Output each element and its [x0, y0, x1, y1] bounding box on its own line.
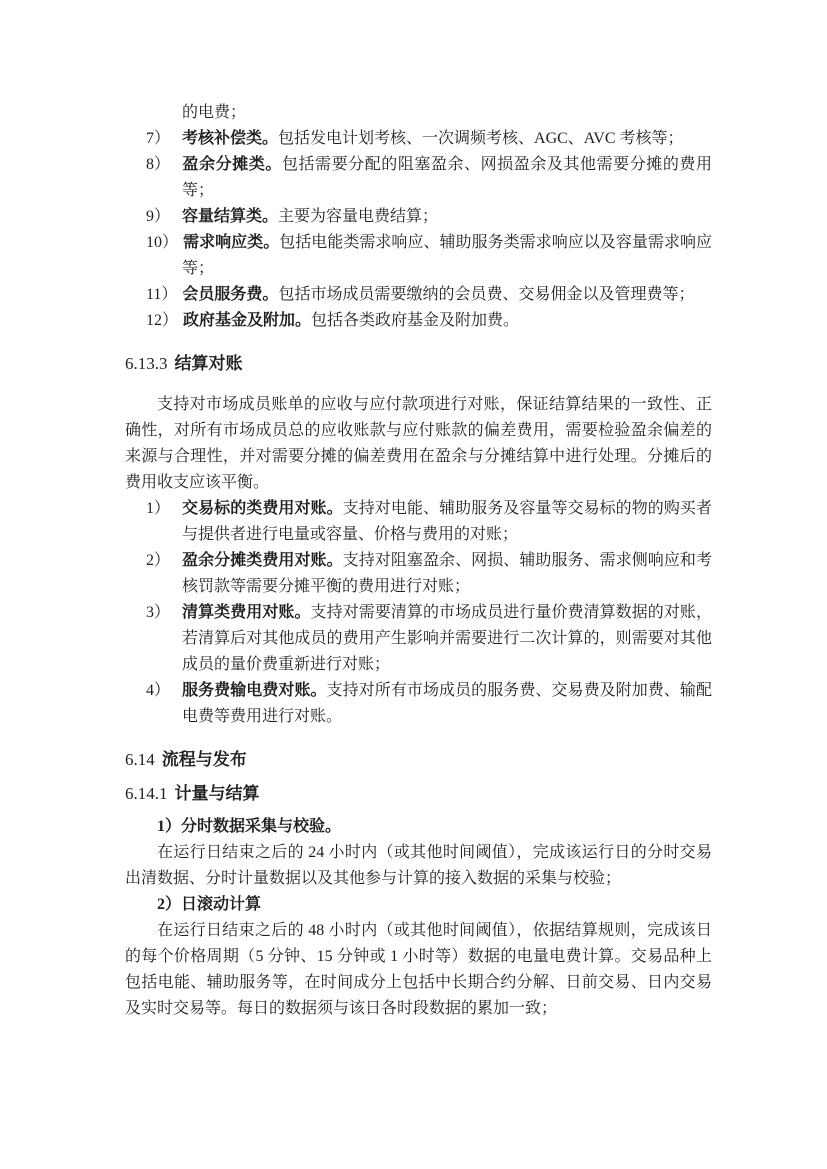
list-number: 3） [146, 600, 177, 626]
list-item-2: 2）盈余分摊类费用对账。支持对阻塞盈余、网损、辅助服务、需求侧响应和考核罚款等需… [125, 548, 712, 600]
list-term: 服务费输电费对账。 [182, 682, 327, 699]
list-term: 需求响应类。 [183, 234, 279, 251]
section-title: 计量与结算 [175, 784, 260, 803]
fragment-text: 的电费； [182, 104, 246, 121]
list-desc: 包括各类政府基金及附加费。 [311, 312, 519, 329]
section-heading-6-14: 6.14流程与发布 [125, 746, 712, 774]
section-heading-6-13-3: 6.13.3结算对账 [125, 350, 712, 378]
list-item-12: 12）政府基金及附加。包括各类政府基金及附加费。 [125, 308, 712, 334]
section-title: 流程与发布 [162, 750, 247, 769]
list-item-9: 9）容量结算类。主要为容量电费结算； [125, 204, 712, 230]
list-number: 11） [146, 282, 177, 308]
list-number: 1） [146, 496, 177, 522]
list-term: 交易标的类费用对账。 [182, 500, 343, 517]
list-item-1: 1）交易标的类费用对账。支持对电能、辅助服务及容量等交易标的物的购买者与提供者进… [125, 496, 712, 548]
step-1-body: 在运行日结束之后的 24 小时内（或其他时间阈值），完成该运行日的分时交易出清数… [125, 840, 712, 892]
section-title: 结算对账 [175, 354, 243, 373]
document-page: 的电费； 7）考核补偿类。包括发电计划考核、一次调频考核、AGC、AVC 考核等… [0, 0, 827, 1169]
list-term: 会员服务费。 [182, 286, 278, 303]
section-number: 6.13.3 [125, 354, 168, 373]
list-term: 容量结算类。 [182, 208, 278, 225]
step-1-title: 1）分时数据采集与校验。 [125, 814, 712, 840]
list-number: 8） [146, 152, 177, 178]
list-term: 考核补偿类。 [182, 130, 278, 147]
section-heading-6-14-1: 6.14.1计量与结算 [125, 780, 712, 808]
reconciliation-intro-paragraph: 支持对市场成员账单的应收与应付款项进行对账，保证结算结果的一致性、正确性，对所有… [125, 392, 712, 496]
list-number: 7） [146, 126, 177, 152]
list-term: 盈余分摊类。 [182, 156, 282, 173]
document-content: 的电费； 7）考核补偿类。包括发电计划考核、一次调频考核、AGC、AVC 考核等… [0, 0, 827, 1022]
list-term: 清算类费用对账。 [182, 604, 311, 621]
list-number: 12） [146, 308, 178, 334]
section-number: 6.14.1 [125, 784, 168, 803]
list-number: 2） [146, 548, 177, 574]
list-item-7: 7）考核补偿类。包括发电计划考核、一次调频考核、AGC、AVC 考核等； [125, 126, 712, 152]
list-desc: 主要为容量电费结算； [278, 208, 438, 225]
section-number: 6.14 [125, 750, 155, 769]
list-number: 4） [146, 678, 177, 704]
list-number: 10） [146, 230, 178, 256]
list-item-4: 4）服务费输电费对账。支持对所有市场成员的服务费、交易费及附加费、输配电费等费用… [125, 678, 712, 730]
list-item-11: 11）会员服务费。包括市场成员需要缴纳的会员费、交易佣金以及管理费等； [125, 282, 712, 308]
list-item-10: 10）需求响应类。包括电能类需求响应、辅助服务类需求响应以及容量需求响应等； [125, 230, 712, 282]
step-2-title: 2）日滚动计算 [125, 892, 712, 918]
list-number: 9） [146, 204, 177, 230]
step-2-body: 在运行日结束之后的 48 小时内（或其他时间阈值），依据结算规则，完成该日的每个… [125, 918, 712, 1022]
list-item-8: 8）盈余分摊类。包括需要分配的阻塞盈余、网损盈余及其他需要分摊的费用等； [125, 152, 712, 204]
list-desc: 包括发电计划考核、一次调频考核、AGC、AVC 考核等； [278, 130, 684, 147]
list-term: 盈余分摊类费用对账。 [182, 552, 343, 569]
list-continuation-fragment: 的电费； [125, 100, 712, 126]
list-item-3: 3）清算类费用对账。支持对需要清算的市场成员进行量价费清算数据的对账，若清算后对… [125, 600, 712, 678]
list-term: 政府基金及附加。 [183, 312, 311, 329]
list-desc: 包括市场成员需要缴纳的会员费、交易佣金以及管理费等； [278, 286, 694, 303]
